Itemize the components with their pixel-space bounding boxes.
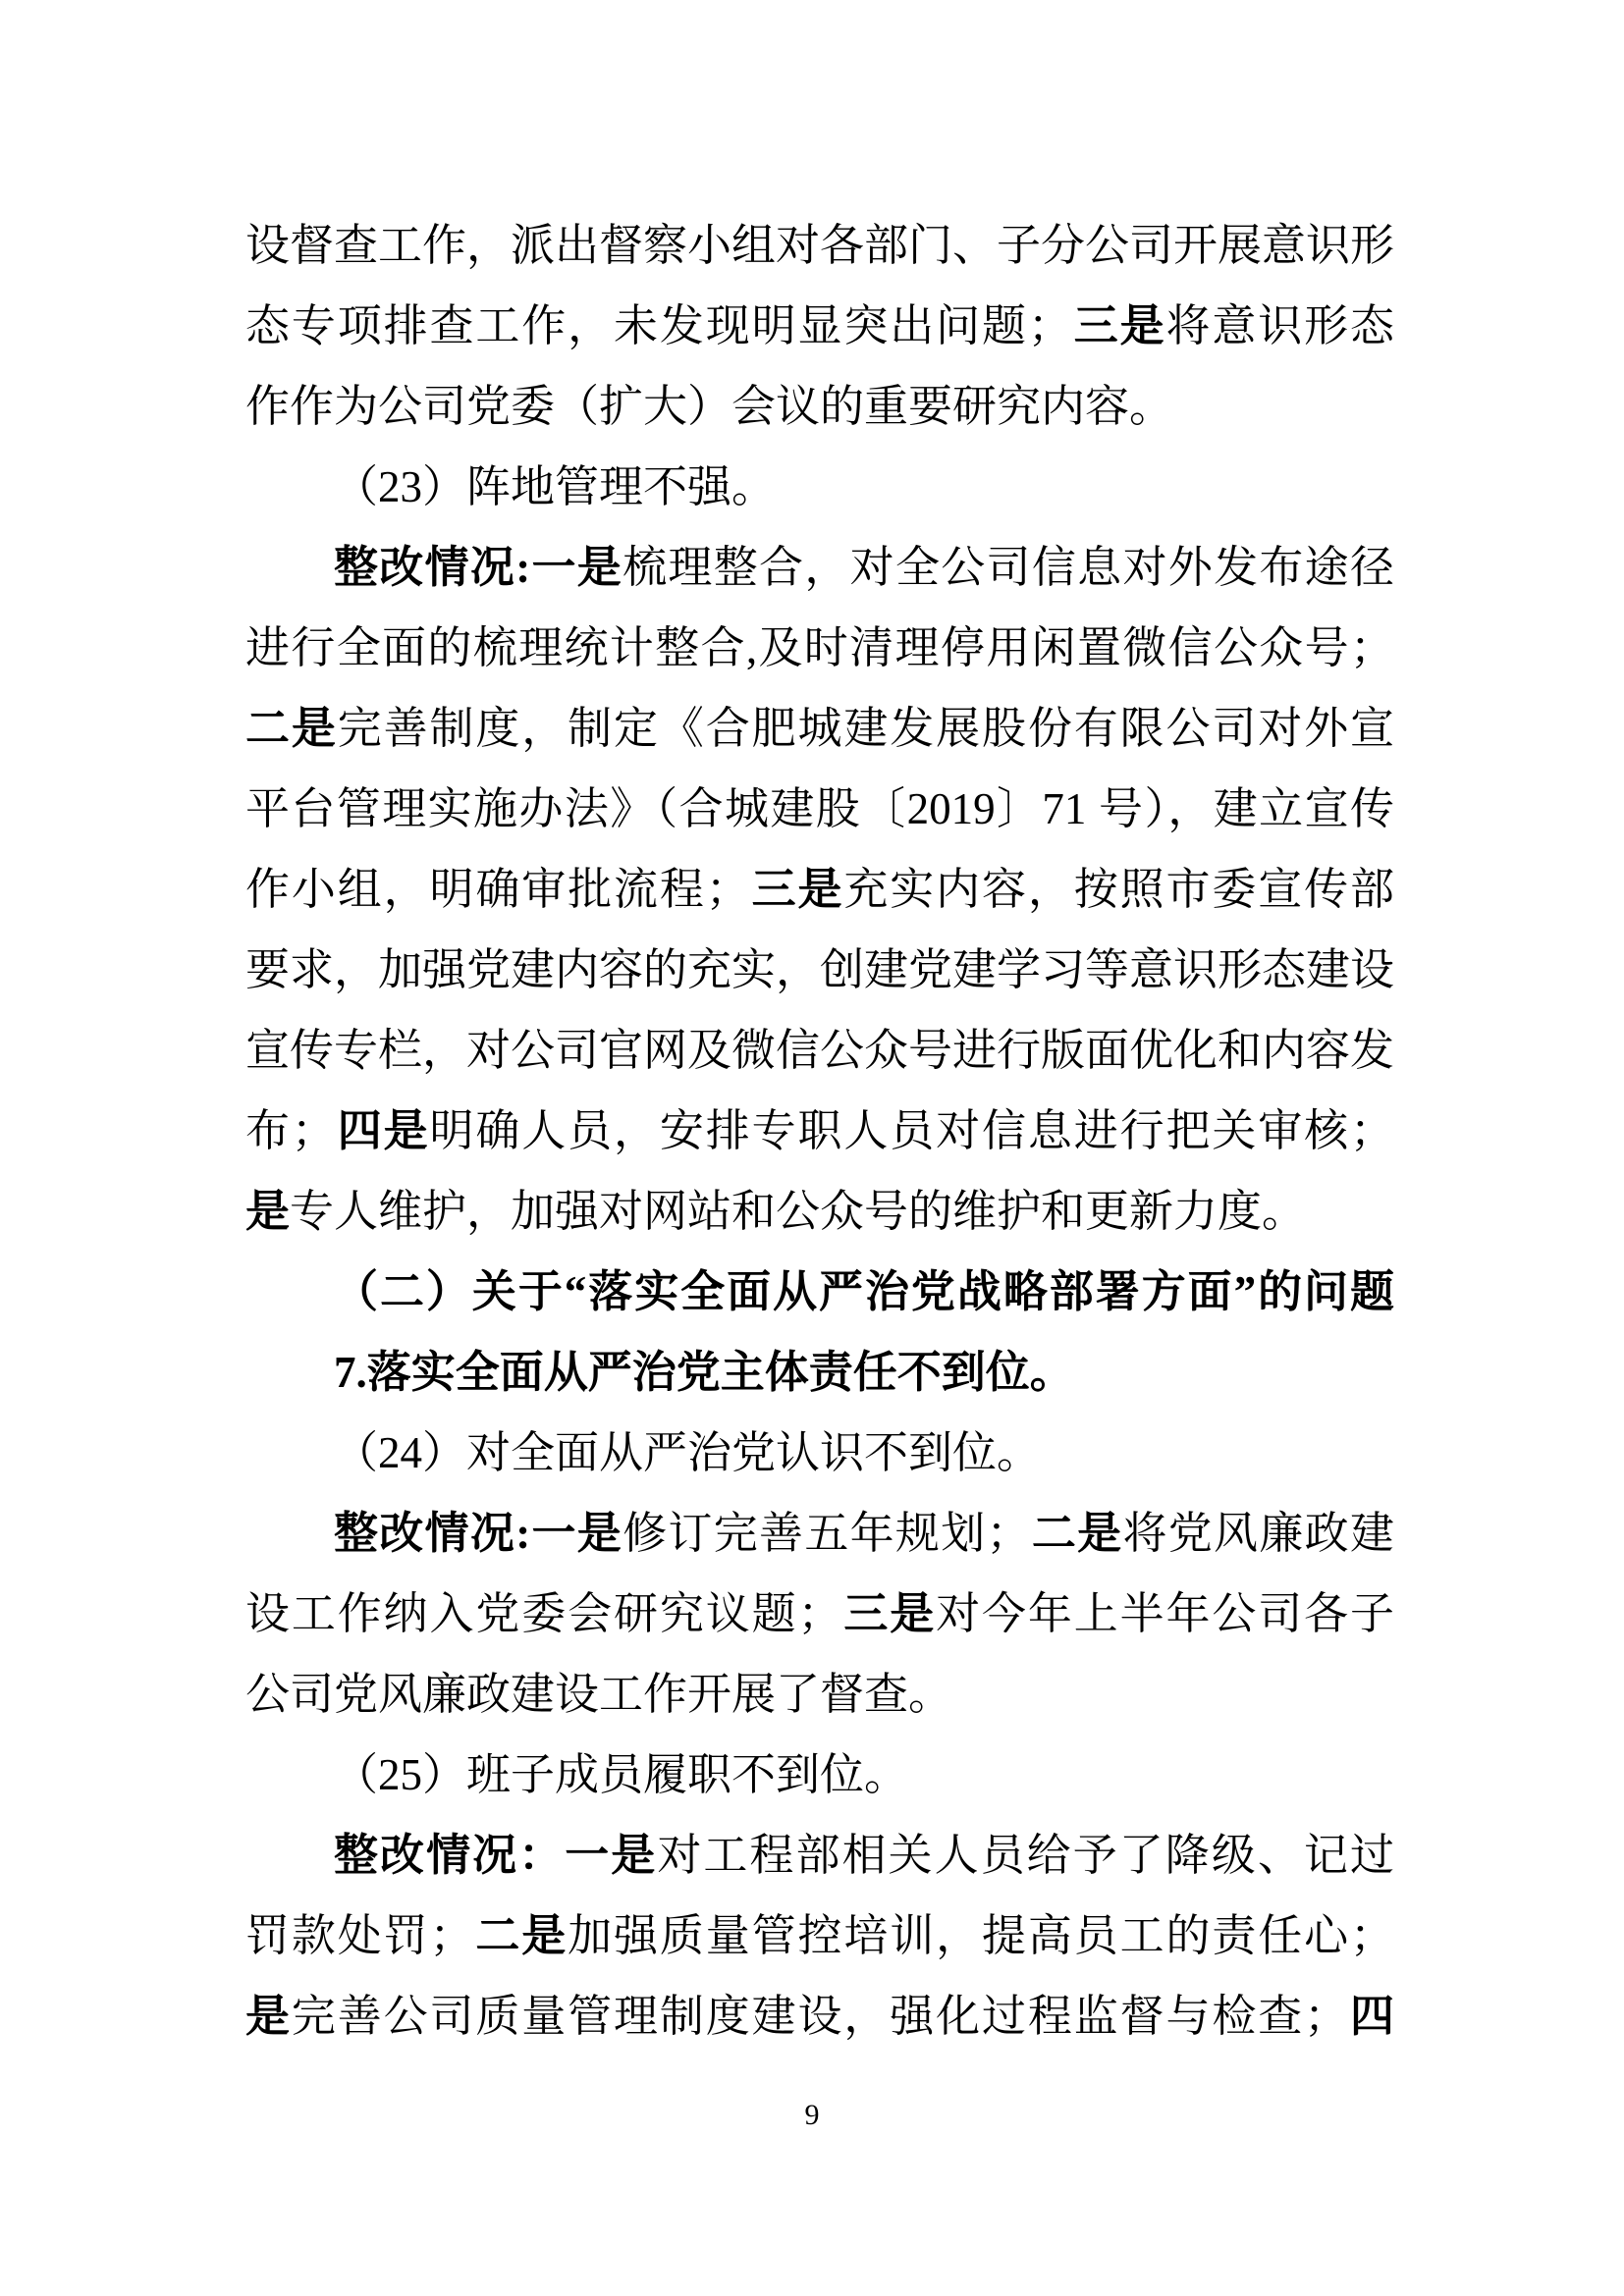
text-run: （24）对全面从严治党认识不到位。 bbox=[334, 1428, 1041, 1477]
text-run: 作小组，明确审批流程； bbox=[245, 865, 750, 914]
text-line: （二）关于“落实全面从严治党战略部署方面”的问题 bbox=[245, 1252, 1394, 1332]
text-run: 专人维护，加强对网站和公众号的维护和更新力度。 bbox=[290, 1187, 1306, 1236]
text-line: 整改情况:一是修订完善五年规划；二是将党风廉政建 bbox=[245, 1493, 1394, 1574]
text-line: 是专人维护，加强对网站和公众号的维护和更新力度。 bbox=[245, 1171, 1394, 1252]
text-line: 宣传专栏，对公司官网及微信公众号进行版面优化和内容发 bbox=[245, 1010, 1394, 1091]
text-run: 设督查工作，派出督察小组对各部门、子分公司开展意识形 bbox=[245, 221, 1394, 270]
text-run: 公司党风廉政建设工作开展了督查。 bbox=[245, 1670, 952, 1719]
text-run: 宣传专栏，对公司官网及微信公众号进行版面优化和内容发 bbox=[245, 1026, 1394, 1075]
text-run: 平台管理实施办法》（合城建股〔2019〕71 号），建立宣传工 bbox=[245, 784, 1394, 849]
bold-text-run: 二是 bbox=[474, 1911, 568, 1960]
bold-text-run: 二是 bbox=[1031, 1509, 1123, 1558]
text-line: 是完善公司质量管理制度建设，强化过程监督与检查；四是 bbox=[245, 1976, 1394, 2056]
text-line: 作作为公司党委（扩大）会议的重要研究内容。 bbox=[245, 366, 1394, 447]
bold-text-run: 是 bbox=[245, 1992, 292, 2041]
text-run: 进行全面的梳理统计整合,及时清理停用闲置微信公众号； bbox=[245, 623, 1394, 672]
text-run: 布； bbox=[245, 1106, 336, 1155]
text-run: 设工作纳入党委会研究议题； bbox=[245, 1589, 841, 1638]
text-line: 设督查工作，派出督察小组对各部门、子分公司开展意识形 bbox=[245, 205, 1394, 286]
bold-text-run: 7.落实全面从严治党主体责任不到位。 bbox=[334, 1348, 1074, 1397]
text-run: 修订完善五年规划； bbox=[623, 1509, 1030, 1558]
text-line: （24）对全面从严治党认识不到位。 bbox=[245, 1413, 1394, 1493]
text-run: 完善公司质量管理制度建设，强化过程监督与检查； bbox=[292, 1992, 1348, 2041]
bold-text-run: 是 bbox=[245, 1187, 290, 1236]
text-line: 平台管理实施办法》（合城建股〔2019〕71 号），建立宣传工 bbox=[245, 769, 1394, 849]
text-run: 将党风廉政建 bbox=[1122, 1509, 1394, 1558]
text-run: 罚款处罚； bbox=[245, 1911, 474, 1960]
text-run: 加强质量管控培训，提高员工的责任心； bbox=[568, 1911, 1394, 1960]
document-body: 设督查工作，派出督察小组对各部门、子分公司开展意识形态专项排查工作，未发现明显突… bbox=[245, 205, 1394, 2056]
text-line: 整改情况：一是对工程部相关人员给予了降级、记过及 bbox=[245, 1815, 1394, 1896]
text-line: 设工作纳入党委会研究议题；三是对今年上半年公司各子分 bbox=[245, 1574, 1394, 1654]
bold-text-run: 三是 bbox=[841, 1589, 936, 1638]
bold-text-run: （二）关于“落实全面从严治党战略部署方面”的问题 bbox=[334, 1267, 1394, 1316]
text-run: 梳理整合，对全公司信息对外发布途径 bbox=[623, 543, 1394, 592]
bold-text-run: 整改情况:一是 bbox=[334, 1509, 623, 1558]
bold-text-run: 二是 bbox=[245, 704, 338, 753]
text-line: 进行全面的梳理统计整合,及时清理停用闲置微信公众号； bbox=[245, 608, 1394, 688]
text-line: 二是完善制度，制定《合肥城建发展股份有限公司对外宣传 bbox=[245, 688, 1394, 769]
text-run: 作作为公司党委（扩大）会议的重要研究内容。 bbox=[245, 382, 1173, 431]
bold-text-run: 三是 bbox=[750, 865, 844, 914]
text-line: （23）阵地管理不强。 bbox=[245, 447, 1394, 527]
text-line: 布；四是明确人员，安排专职人员对信息进行把关审核；五 bbox=[245, 1091, 1394, 1171]
text-run: 明确人员，安排专职人员对信息进行把关审核； bbox=[430, 1106, 1394, 1155]
bold-text-run: 整改情况：一是 bbox=[334, 1831, 657, 1880]
bold-text-run: 整改情况:一是 bbox=[334, 543, 623, 592]
bold-text-run: 四是 bbox=[336, 1106, 430, 1155]
text-line: 整改情况:一是梳理整合，对全公司信息对外发布途径 bbox=[245, 527, 1394, 608]
page-number: 9 bbox=[0, 2100, 1624, 2131]
text-line: 7.落实全面从严治党主体责任不到位。 bbox=[245, 1332, 1394, 1413]
text-run: 完善制度，制定《合肥城建发展股份有限公司对外宣传 bbox=[245, 704, 1394, 769]
document-page: 设督查工作，派出督察小组对各部门、子分公司开展意识形态专项排查工作，未发现明显突… bbox=[0, 0, 1624, 2296]
text-line: 要求，加强党建内容的充实，创建党建学习等意识形态建设 bbox=[245, 930, 1394, 1010]
text-line: （25）班子成员履职不到位。 bbox=[245, 1735, 1394, 1815]
text-line: 作小组，明确审批流程；三是充实内容，按照市委宣传部的 bbox=[245, 849, 1394, 930]
text-line: 公司党风廉政建设工作开展了督查。 bbox=[245, 1654, 1394, 1735]
text-run: （25）班子成员履职不到位。 bbox=[334, 1750, 908, 1799]
text-run: 态专项排查工作，未发现明显突出问题； bbox=[245, 301, 1072, 350]
text-line: 罚款处罚；二是加强质量管控培训，提高员工的责任心；三 bbox=[245, 1896, 1394, 1976]
text-line: 态专项排查工作，未发现明显突出问题；三是将意识形态工 bbox=[245, 286, 1394, 366]
text-run: （23）阵地管理不强。 bbox=[334, 462, 776, 511]
text-run: 要求，加强党建内容的充实，创建党建学习等意识形态建设 bbox=[245, 945, 1394, 994]
bold-text-run: 三是 bbox=[1072, 301, 1166, 350]
